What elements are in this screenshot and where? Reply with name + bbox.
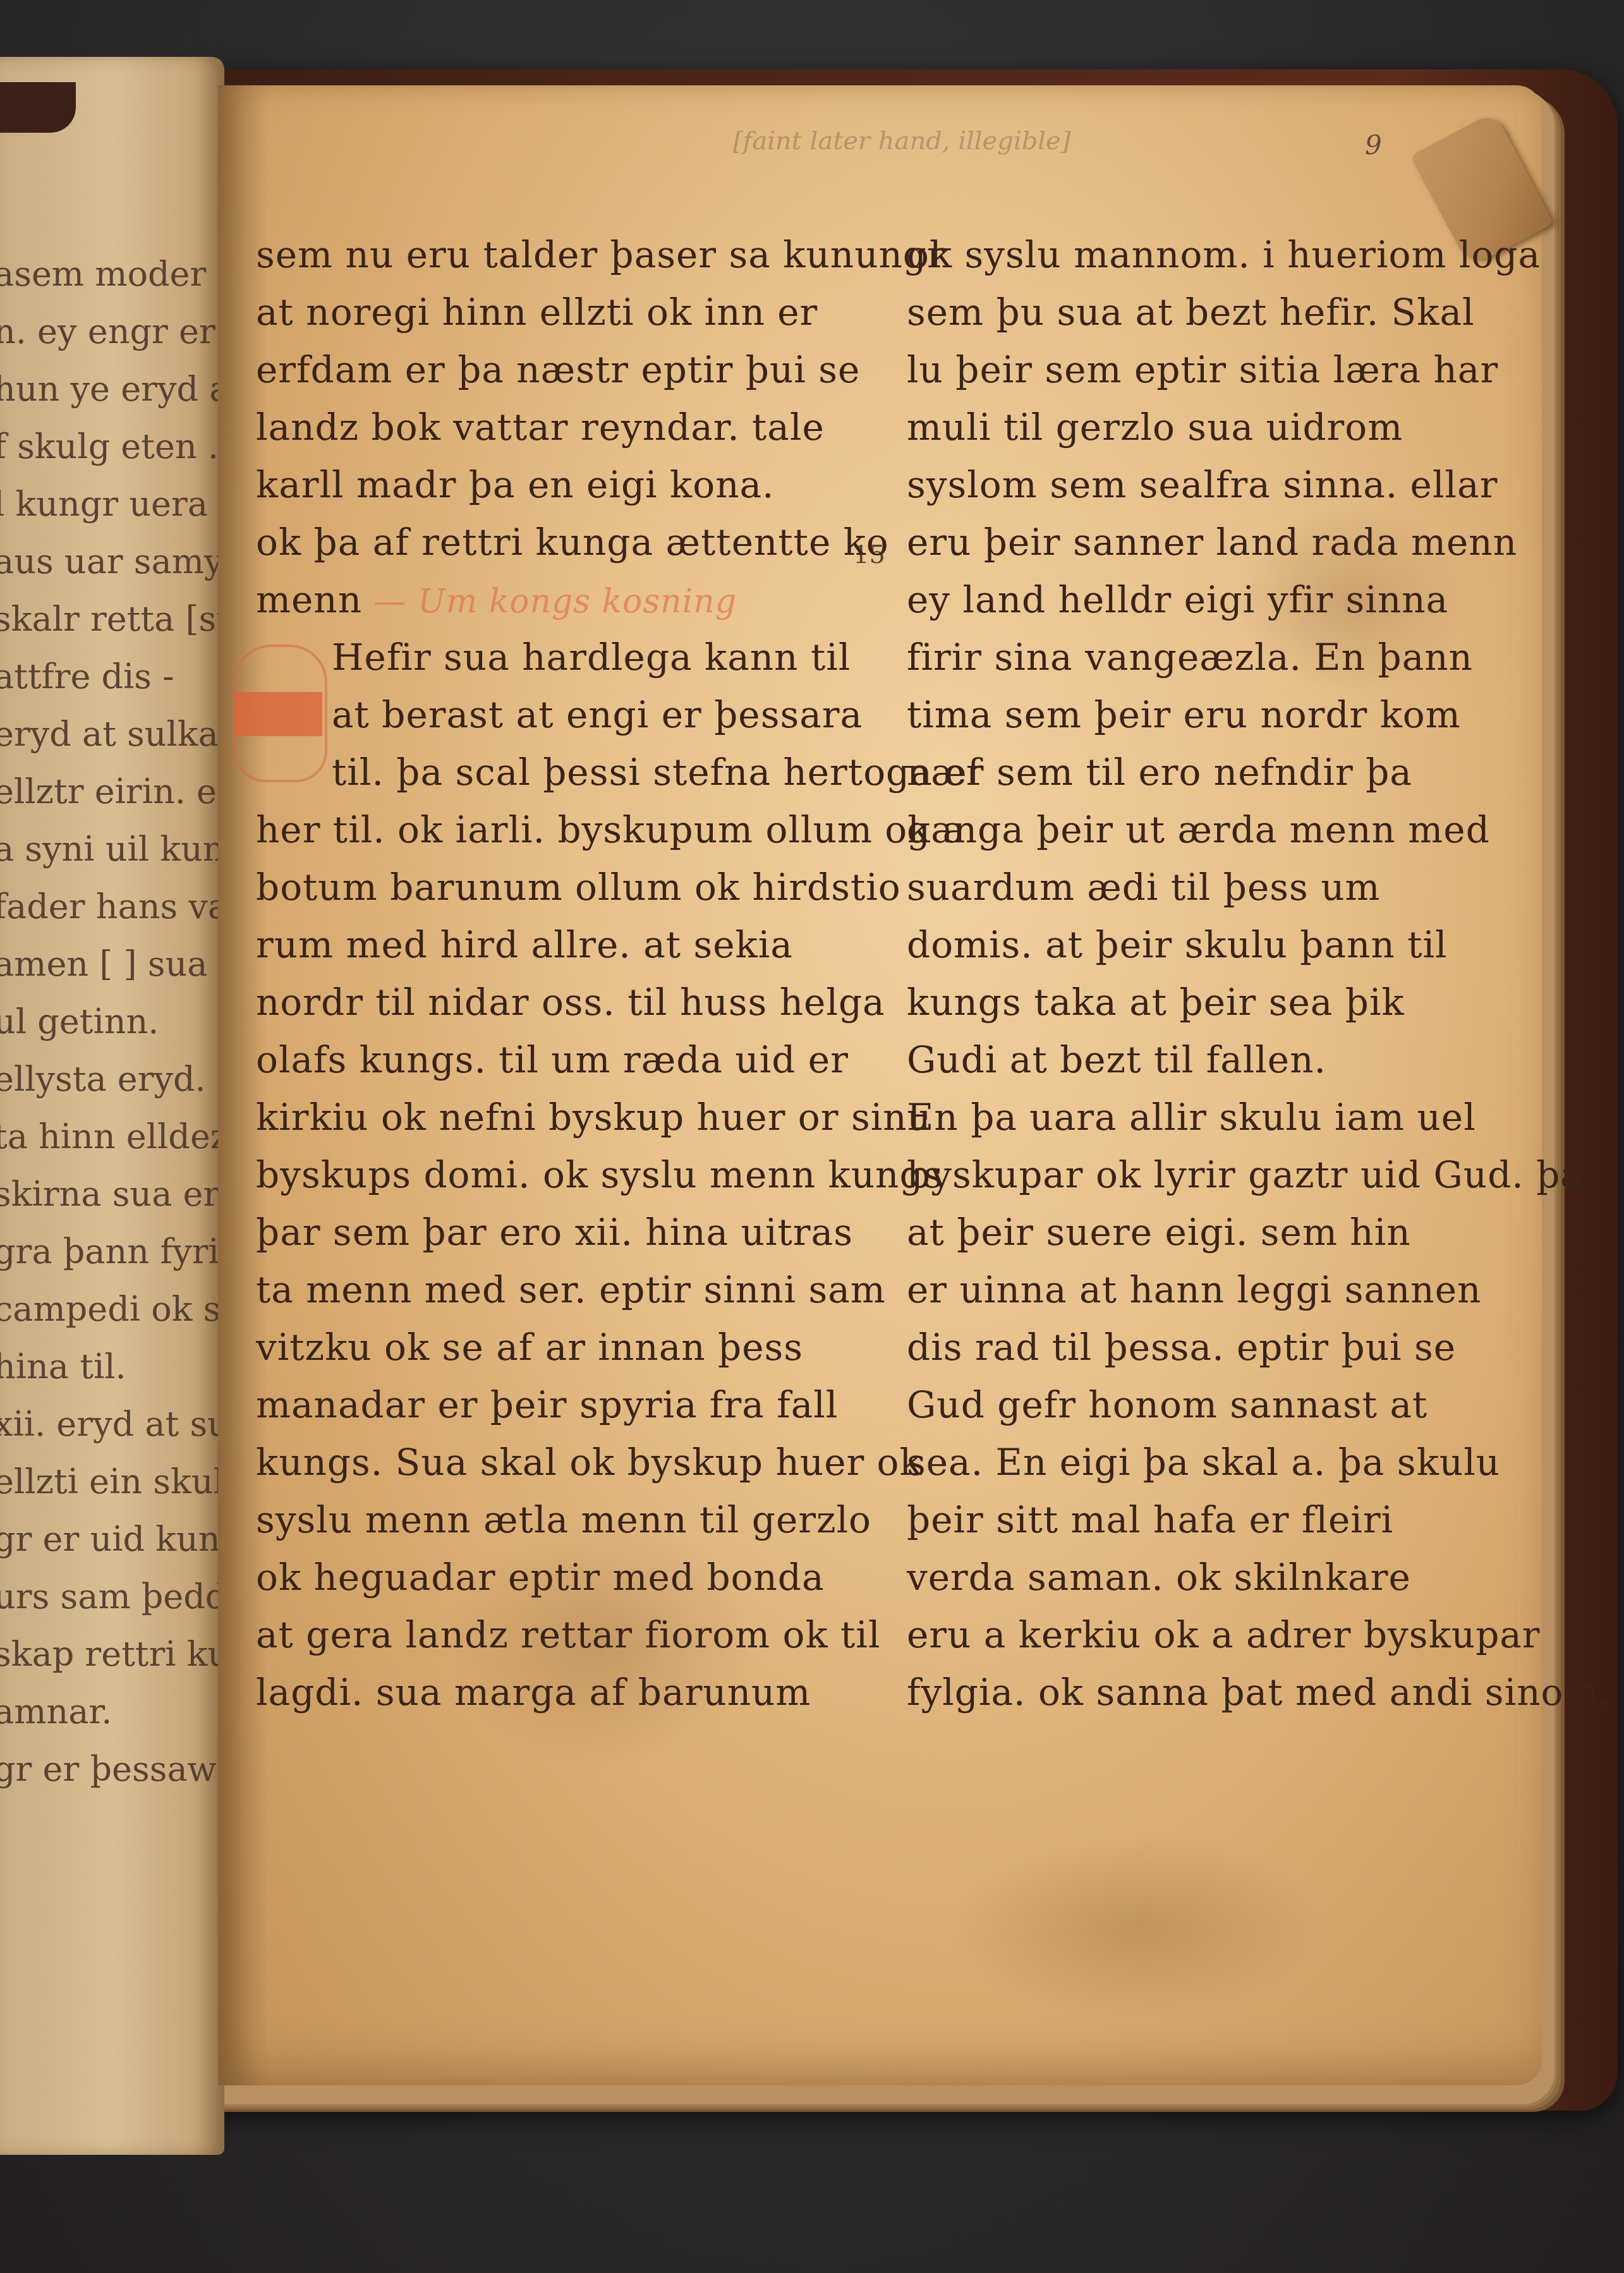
manuscript-line: þeir sitt mal hafa er fleiri [907, 1491, 1611, 1549]
manuscript-line: lu þeir sem eptir sitia læra har [907, 341, 1611, 399]
verso-text-column: asem moder hun. ey engr er hihun ye eryd… [0, 246, 224, 1799]
manuscript-line: erfdam er þa næstr eptir þui se [256, 341, 981, 399]
manuscript-line: botum barunum ollum ok hirdstio [256, 859, 981, 916]
manuscript-line: ganga þeir ut ærda menn med [907, 801, 1611, 859]
manuscript-line: ellysta eryd. at sa [0, 1052, 224, 1109]
manuscript-line: nordr til nidar oss. til huss helga [256, 974, 981, 1031]
manuscript-line: campedi ok skulg [0, 1282, 224, 1339]
manuscript-line: gra þann fyrirkinna e [0, 1224, 224, 1282]
manuscript-line: tima sem þeir eru nordr kom [907, 686, 1611, 744]
manuscript-line: ey land helldr eigi yfir sinna [907, 571, 1611, 629]
manuscript-line: ellztr eirin. era [0, 764, 224, 821]
manuscript-line: gr er þessaws d [0, 1742, 224, 1799]
manuscript-line: asem moder hu [0, 246, 224, 304]
manuscript-line: En þa uara allir skulu iam uel [907, 1089, 1611, 1146]
manuscript-line: vitzku ok se af ar innan þess [256, 1319, 981, 1376]
manuscript-line: skap rettri kungs [0, 1627, 224, 1684]
manuscript-line: kungs taka at þeir sea þik [907, 974, 1611, 1031]
manuscript-line: sea. En eigi þa skal a. þa skulu [907, 1434, 1611, 1491]
manuscript-line: at noregi hinn ellzti ok inn er [256, 284, 981, 341]
text-column-a: sem nu eru talder þaser sa kunungrat nor… [256, 226, 981, 1721]
rubric-heading: — Um kongs kosning [362, 583, 737, 621]
manuscript-line: syslu menn ætla menn til gerzlo [256, 1491, 981, 1549]
manuscript-line: ok syslu mannom. i hueriom loga [907, 226, 1611, 284]
manuscript-line: Hefir sua hardlega kann til [256, 629, 981, 686]
manuscript-line: ul getinn. [0, 994, 224, 1052]
manuscript-line: sem nu eru talder þaser sa kunungr [256, 226, 981, 284]
manuscript-line: l kungr uera uer [0, 476, 224, 534]
manuscript-line: ta hinn elldezt ein [0, 1109, 224, 1167]
manuscript-line: attfre dis - [0, 649, 224, 706]
stain [948, 1833, 1327, 2022]
manuscript-line: lagdi. sua marga af barunum [256, 1664, 981, 1721]
manuscript-line: þar sem þar ero xii. hina uitras [256, 1204, 981, 1261]
manuscript-line: ta menn med ser. eptir sinni sam [256, 1261, 981, 1319]
manuscript-line: n. ey engr er hi [0, 304, 224, 361]
manuscript-line: urs sam þeddar ok [0, 1569, 224, 1627]
manuscript-line: ellzti ein skulg [0, 1454, 224, 1512]
manuscript-line: eryd at sulkal [0, 706, 224, 764]
manuscript-line: landz bok vattar reyndar. tale [256, 399, 981, 456]
manuscript-line: verda saman. ok skilnkare [907, 1549, 1611, 1606]
manuscript-line: aus uar samyn [0, 534, 224, 591]
manuscript-line: til. þa scal þessi stefna hertoga ef [256, 744, 981, 801]
manuscript-line: kirkiu ok nefni byskup huer or sinu [256, 1089, 981, 1146]
manuscript-line: at þeir suere eigi. sem hin [907, 1204, 1611, 1261]
manuscript-line: suardum ædi til þess um [907, 859, 1611, 916]
manuscript-line: rum med hird allre. at sekia [256, 916, 981, 974]
manuscript-line: eru þeir sanner land rada menn [907, 514, 1611, 571]
manuscript-line: firir sina vangeæzla. En þann [907, 629, 1611, 686]
manuscript-line: eru a kerkiu ok a adrer byskupar [907, 1606, 1611, 1664]
manuscript-line: skalr retta [struck] [0, 591, 224, 649]
manuscript-line: sem þu sua at bezt hefir. Skal [907, 284, 1611, 341]
manuscript-line: ok heguadar eptir med bonda [256, 1549, 981, 1606]
manuscript-line: karll madr þa en eigi kona. [256, 456, 981, 514]
manuscript-line: manadar er þeir spyria fra fall [256, 1376, 981, 1434]
text-column-b: ok syslu mannom. i hueriom logasem þu su… [907, 226, 1611, 1721]
margin-note: 15 [853, 540, 885, 569]
manuscript-line: f skulg eten . hu [0, 419, 224, 476]
manuscript-line: domis. at þeir skulu þann til [907, 916, 1611, 974]
manuscript-line: menn — Um kongs kosning [256, 571, 981, 629]
manuscript-line: amnar. [0, 1684, 224, 1742]
header-scrawl: [faint later hand, illegible] [733, 126, 1070, 155]
manuscript-line: nær sem til ero nefndir þa [907, 744, 1611, 801]
verso-page-fragment: asem moder hun. ey engr er hihun ye eryd… [0, 57, 224, 2155]
manuscript-line: xii. eryd at sulkal [0, 1397, 224, 1454]
manuscript-line: at berast at engi er þessara [256, 686, 981, 744]
manuscript-line: hun ye eryd ar [0, 361, 224, 419]
manuscript-line: skirna sua er uid sk [0, 1167, 224, 1224]
manuscript-line: her til. ok iarli. byskupum ollum ok a [256, 801, 981, 859]
binding-corner [0, 82, 76, 133]
manuscript-line: byskupar ok lyrir gaztr uid Gud. þa [907, 1146, 1611, 1204]
manuscript-line: Gud gefr honom sannast at [907, 1376, 1611, 1434]
manuscript-line: dis rad til þessa. eptir þui se [907, 1319, 1611, 1376]
manuscript-line: at gera landz rettar fiorom ok til [256, 1606, 981, 1664]
manuscript-line: olafs kungs. til um ræda uid er [256, 1031, 981, 1089]
manuscript-line: kungs. Sua skal ok byskup huer ok [256, 1434, 981, 1491]
manuscript-line: Gudi at bezt til fallen. [907, 1031, 1611, 1089]
manuscript-line: gr er uid kung. ok [0, 1512, 224, 1569]
manuscript-line: hina til. [0, 1339, 224, 1397]
folio-number: 9 [1365, 130, 1382, 161]
manuscript-line: fylgia. ok sanna þat med andi sinom. [907, 1664, 1611, 1721]
manuscript-line: er uinna at hann leggi sannen [907, 1261, 1611, 1319]
manuscript-line: amen [ ] sua samfed [0, 936, 224, 994]
manuscript-line: fader hans var sk [0, 879, 224, 936]
manuscript-line: syslom sem sealfra sinna. ellar [907, 456, 1611, 514]
manuscript-line: byskups domi. ok syslu menn kungs [256, 1146, 981, 1204]
manuscript-line: muli til gerzlo sua uidrom [907, 399, 1611, 456]
manuscript-line: a syni uil kung. ok [0, 821, 224, 879]
